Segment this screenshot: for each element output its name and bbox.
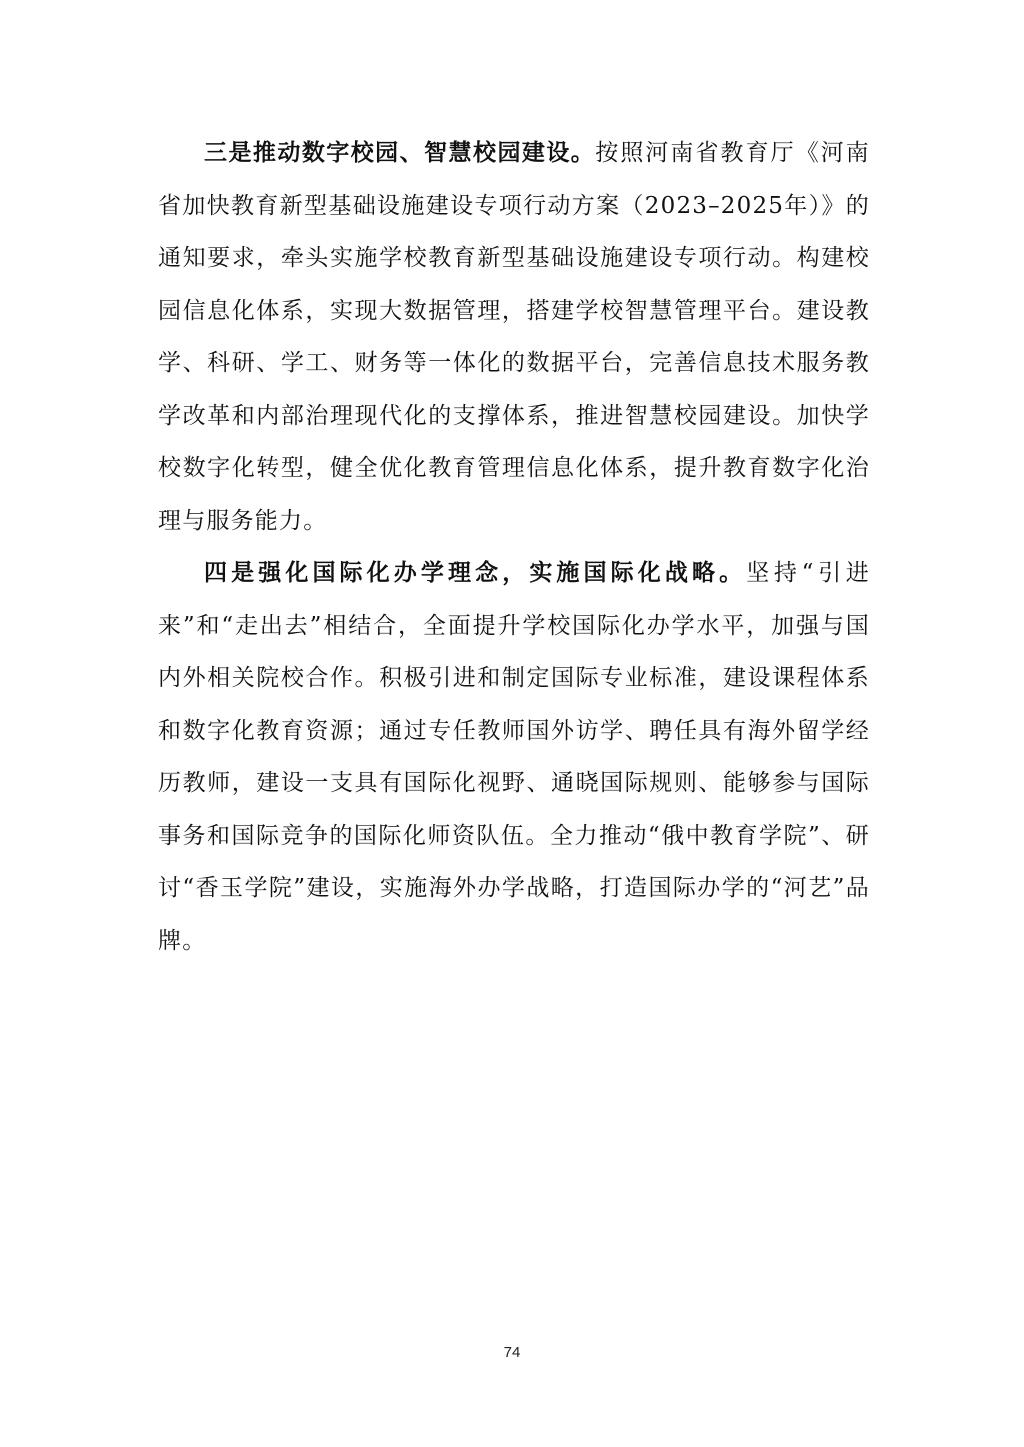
page-number: 74: [0, 1344, 1024, 1361]
paragraph-lead-heading: 四是强化国际化办学理念，实施国际化战略。: [204, 560, 746, 586]
document-body: 三是推动数字校园、智慧校园建设。按照河南省教育厅《河南省加快教育新型基础设施建设…: [158, 127, 870, 967]
paragraph-lead-heading: 三是推动数字校园、智慧校园建设。: [204, 140, 595, 166]
document-page: 三是推动数字校园、智慧校园建设。按照河南省教育厅《河南省加快教育新型基础设施建设…: [0, 0, 1024, 1447]
paragraph-internationalization: 四是强化国际化办学理念，实施国际化战略。坚持“引进来”和“走出去”相结合，全面提…: [158, 547, 870, 967]
paragraph-body-text: 按照河南省教育厅《河南省加快教育新型基础设施建设专项行动方案（2023–2025…: [158, 140, 870, 534]
paragraph-body-text: 坚持“引进来”和“走出去”相结合，全面提升学校国际化办学水平，加强与国内外相关院…: [158, 560, 870, 954]
paragraph-digital-campus: 三是推动数字校园、智慧校园建设。按照河南省教育厅《河南省加快教育新型基础设施建设…: [158, 127, 870, 547]
